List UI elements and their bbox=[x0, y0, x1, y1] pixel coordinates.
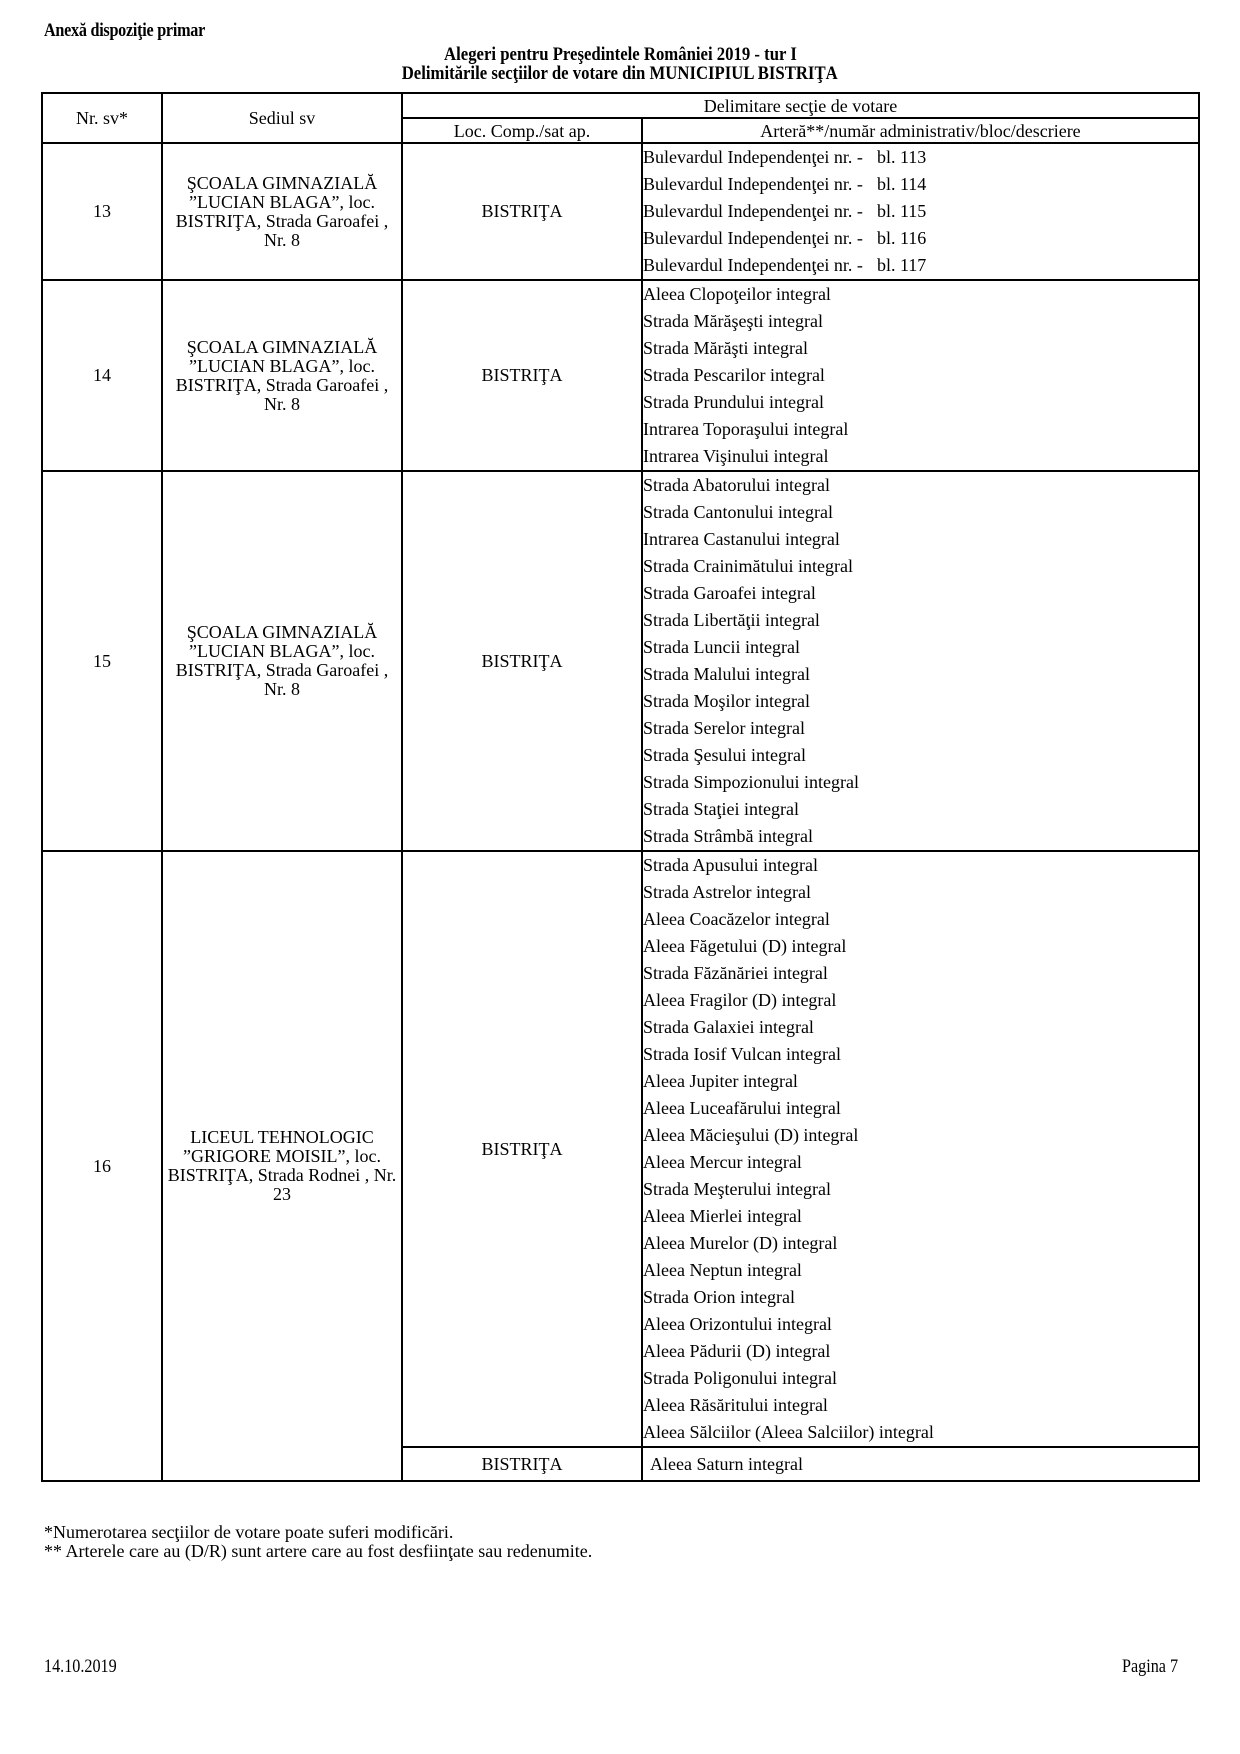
street-item: Bulevardul Independenţei nr. -bl. 115 bbox=[643, 198, 1198, 225]
street-item: Strada Iosif Vulcan integral bbox=[643, 1041, 1198, 1068]
street-name: Strada Luncii integral bbox=[643, 637, 800, 657]
street-item: Bulevardul Independenţei nr. -bl. 113 bbox=[643, 144, 1198, 171]
street-name: Strada Staţiei integral bbox=[643, 799, 799, 819]
street-list: Bulevardul Independenţei nr. -bl. 113Bul… bbox=[642, 143, 1199, 280]
street-name: Strada Simpozionului integral bbox=[643, 772, 859, 792]
street-item: Strada Mărăşti integral bbox=[643, 335, 1198, 362]
street-name: Strada Malului integral bbox=[643, 664, 810, 684]
street-item: Aleea Luceafărului integral bbox=[643, 1095, 1198, 1122]
street-item: Aleea Sălciilor (Aleea Salciilor) integr… bbox=[643, 1419, 1198, 1446]
footer-page-number: Pagina 7 bbox=[1122, 1656, 1178, 1678]
street-name: Aleea Sălciilor (Aleea Salciilor) integr… bbox=[643, 1422, 934, 1442]
street-name: Strada Moşilor integral bbox=[643, 691, 810, 711]
street-list: Aleea Clopoţeilor integralStrada Mărăşeş… bbox=[642, 280, 1199, 471]
locality: BISTRIŢA bbox=[402, 280, 642, 471]
street-name: Aleea Murelor (D) integral bbox=[643, 1233, 837, 1253]
street-item: Aleea Pădurii (D) integral bbox=[643, 1338, 1198, 1365]
street-name: Strada Făzănăriei integral bbox=[643, 963, 828, 983]
street-name: Aleea Neptun integral bbox=[643, 1260, 802, 1280]
header-sediul-sv: Sediul sv bbox=[162, 93, 402, 143]
block-number: bl. 116 bbox=[877, 225, 926, 252]
street-list: Strada Abatorului integralStrada Cantonu… bbox=[642, 471, 1199, 851]
street-name: Bulevardul Independenţei nr. - bbox=[643, 255, 863, 275]
block-number: bl. 113 bbox=[877, 144, 926, 171]
table-row: 16LICEUL TEHNOLOGIC ”GRIGORE MOISIL”, lo… bbox=[42, 851, 1199, 1447]
street-item: Strada Orion integral bbox=[643, 1284, 1198, 1311]
street-item: Aleea Jupiter integral bbox=[643, 1068, 1198, 1095]
street-item: Strada Galaxiei integral bbox=[643, 1014, 1198, 1041]
street-item: Strada Şesului integral bbox=[643, 742, 1198, 769]
section-number: 14 bbox=[42, 280, 162, 471]
street-name: Strada Libertăţii integral bbox=[643, 610, 820, 630]
street-item: Aleea Neptun integral bbox=[643, 1257, 1198, 1284]
street-item: Strada Crainimătului integral bbox=[643, 553, 1198, 580]
street-name: Strada Abatorului integral bbox=[643, 475, 830, 495]
street-item: Strada Făzănăriei integral bbox=[643, 960, 1198, 987]
section-number: 15 bbox=[42, 471, 162, 851]
street-name: Intrarea Castanului integral bbox=[643, 529, 840, 549]
street-item: Strada Serelor integral bbox=[643, 715, 1198, 742]
street-name: Strada Mărăşeşti integral bbox=[643, 311, 823, 331]
street-name: Aleea Mierlei integral bbox=[643, 1206, 802, 1226]
street-name: Bulevardul Independenţei nr. - bbox=[643, 147, 863, 167]
street-name: Strada Crainimătului integral bbox=[643, 556, 853, 576]
locality: BISTRIŢA bbox=[402, 143, 642, 280]
street-item: Strada Garoafei integral bbox=[643, 580, 1198, 607]
street-name: Intrarea Vişinului integral bbox=[643, 446, 829, 466]
street-item: Strada Meşterului integral bbox=[643, 1176, 1198, 1203]
street-name: Strada Serelor integral bbox=[643, 718, 805, 738]
street-item: Aleea Mercur integral bbox=[643, 1149, 1198, 1176]
street-item: Aleea Clopoţeilor integral bbox=[643, 281, 1198, 308]
street-name: Strada Meşterului integral bbox=[643, 1179, 831, 1199]
street-name: Bulevardul Independenţei nr. - bbox=[643, 174, 863, 194]
section-headquarters: ŞCOALA GIMNAZIALĂ ”LUCIAN BLAGA”, loc. B… bbox=[162, 280, 402, 471]
street-item: Strada Libertăţii integral bbox=[643, 607, 1198, 634]
street-name: Aleea Măcieşului (D) integral bbox=[643, 1125, 858, 1145]
street-item: Strada Abatorului integral bbox=[643, 472, 1198, 499]
street-item: Strada Cantonului integral bbox=[643, 499, 1198, 526]
header-artera: Arteră**/număr administrativ/bloc/descri… bbox=[642, 118, 1199, 143]
street-item: Aleea Fragilor (D) integral bbox=[643, 987, 1198, 1014]
street-item: Strada Mărăşeşti integral bbox=[643, 308, 1198, 335]
footnote-numbering: *Numerotarea secţiilor de votare poate s… bbox=[44, 1523, 592, 1542]
street-name: Intrarea Toporaşului integral bbox=[643, 419, 848, 439]
street-name: Strada Orion integral bbox=[643, 1287, 795, 1307]
locality: BISTRIŢA bbox=[402, 471, 642, 851]
street-item: Strada Pescarilor integral bbox=[643, 362, 1198, 389]
document-title: Alegeri pentru Preşedintele României 201… bbox=[0, 45, 1240, 64]
street-item: Aleea Răsăritului integral bbox=[643, 1392, 1198, 1419]
table-row: 14ŞCOALA GIMNAZIALĂ ”LUCIAN BLAGA”, loc.… bbox=[42, 280, 1199, 471]
street-item: Aleea Coacăzelor integral bbox=[643, 906, 1198, 933]
street-item: Aleea Saturn integral bbox=[650, 1451, 1191, 1478]
street-item: Strada Malului integral bbox=[643, 661, 1198, 688]
street-item: Strada Prundului integral bbox=[643, 389, 1198, 416]
section-number: 16 bbox=[42, 851, 162, 1481]
section-headquarters: ŞCOALA GIMNAZIALĂ ”LUCIAN BLAGA”, loc. B… bbox=[162, 143, 402, 280]
street-name: Strada Apusului integral bbox=[643, 855, 818, 875]
street-name: Aleea Clopoţeilor integral bbox=[643, 284, 831, 304]
street-item: Aleea Mierlei integral bbox=[643, 1203, 1198, 1230]
table-row: 13ŞCOALA GIMNAZIALĂ ”LUCIAN BLAGA”, loc.… bbox=[42, 143, 1199, 280]
street-item: Strada Staţiei integral bbox=[643, 796, 1198, 823]
street-name: Strada Astrelor integral bbox=[643, 882, 811, 902]
street-name: Aleea Mercur integral bbox=[643, 1152, 802, 1172]
street-name: Aleea Pădurii (D) integral bbox=[643, 1341, 830, 1361]
street-list: Aleea Saturn integral bbox=[642, 1447, 1199, 1481]
street-item: Strada Simpozionului integral bbox=[643, 769, 1198, 796]
locality: BISTRIŢA bbox=[402, 851, 642, 1447]
street-item: Strada Poligonului integral bbox=[643, 1365, 1198, 1392]
street-name: Aleea Jupiter integral bbox=[643, 1071, 798, 1091]
street-name: Aleea Coacăzelor integral bbox=[643, 909, 830, 929]
street-list: Strada Apusului integralStrada Astrelor … bbox=[642, 851, 1199, 1447]
street-item: Bulevardul Independenţei nr. -bl. 117 bbox=[643, 252, 1198, 279]
footer-date: 14.10.2019 bbox=[44, 1656, 117, 1678]
street-name: Aleea Răsăritului integral bbox=[643, 1395, 828, 1415]
street-name: Bulevardul Independenţei nr. - bbox=[643, 228, 863, 248]
header-nr-sv: Nr. sv* bbox=[42, 93, 162, 143]
street-item: Aleea Murelor (D) integral bbox=[643, 1230, 1198, 1257]
street-name: Strada Şesului integral bbox=[643, 745, 806, 765]
street-name: Strada Pescarilor integral bbox=[643, 365, 825, 385]
street-name: Strada Poligonului integral bbox=[643, 1368, 837, 1388]
footnotes: *Numerotarea secţiilor de votare poate s… bbox=[44, 1523, 592, 1561]
block-number: bl. 115 bbox=[877, 198, 926, 225]
header-delimitare: Delimitare secţie de votare bbox=[402, 93, 1199, 118]
header-loc-comp: Loc. Comp./sat ap. bbox=[402, 118, 642, 143]
street-item: Intrarea Vişinului integral bbox=[643, 443, 1198, 470]
street-item: Bulevardul Independenţei nr. -bl. 116 bbox=[643, 225, 1198, 252]
annex-label: Anexă dispoziţie primar bbox=[44, 20, 205, 42]
street-item: Strada Astrelor integral bbox=[643, 879, 1198, 906]
street-name: Aleea Luceafărului integral bbox=[643, 1098, 841, 1118]
street-item: Strada Moşilor integral bbox=[643, 688, 1198, 715]
section-number: 13 bbox=[42, 143, 162, 280]
street-name: Bulevardul Independenţei nr. - bbox=[643, 201, 863, 221]
street-item: Strada Luncii integral bbox=[643, 634, 1198, 661]
street-item: Bulevardul Independenţei nr. -bl. 114 bbox=[643, 171, 1198, 198]
street-item: Aleea Făgetului (D) integral bbox=[643, 933, 1198, 960]
street-name: Aleea Orizontului integral bbox=[643, 1314, 832, 1334]
street-name: Strada Iosif Vulcan integral bbox=[643, 1044, 841, 1064]
locality: BISTRIŢA bbox=[402, 1447, 642, 1481]
street-item: Strada Strâmbă integral bbox=[643, 823, 1198, 850]
street-name: Aleea Fragilor (D) integral bbox=[643, 990, 836, 1010]
street-name: Aleea Făgetului (D) integral bbox=[643, 936, 846, 956]
street-item: Aleea Orizontului integral bbox=[643, 1311, 1198, 1338]
street-name: Strada Mărăşti integral bbox=[643, 338, 808, 358]
street-item: Aleea Măcieşului (D) integral bbox=[643, 1122, 1198, 1149]
block-number: bl. 114 bbox=[877, 171, 926, 198]
street-item: Intrarea Toporaşului integral bbox=[643, 416, 1198, 443]
table-row: 15ŞCOALA GIMNAZIALĂ ”LUCIAN BLAGA”, loc.… bbox=[42, 471, 1199, 851]
street-name: Strada Galaxiei integral bbox=[643, 1017, 814, 1037]
street-name: Strada Prundului integral bbox=[643, 392, 824, 412]
street-name: Strada Garoafei integral bbox=[643, 583, 816, 603]
section-headquarters: ŞCOALA GIMNAZIALĂ ”LUCIAN BLAGA”, loc. B… bbox=[162, 471, 402, 851]
section-headquarters: LICEUL TEHNOLOGIC ”GRIGORE MOISIL”, loc.… bbox=[162, 851, 402, 1481]
polling-sections-table: Nr. sv* Sediul sv Delimitare secţie de v… bbox=[41, 92, 1200, 1482]
block-number: bl. 117 bbox=[877, 252, 926, 279]
street-name: Strada Cantonului integral bbox=[643, 502, 833, 522]
street-item: Intrarea Castanului integral bbox=[643, 526, 1198, 553]
footnote-arteries: ** Arterele care au (D/R) sunt artere ca… bbox=[44, 1542, 592, 1561]
document-subtitle: Delimitările secţiilor de votare din MUN… bbox=[0, 64, 1240, 83]
street-item: Strada Apusului integral bbox=[643, 852, 1198, 879]
street-name: Strada Strâmbă integral bbox=[643, 826, 813, 846]
